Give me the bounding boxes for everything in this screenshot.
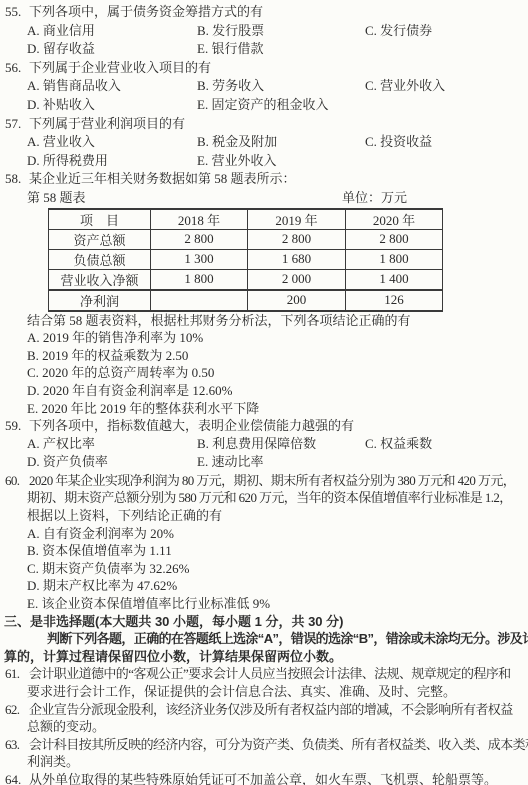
options-row: D. 补贴收入E. 固定资产的租金收入 <box>0 96 528 115</box>
question-line: 55.下列各项中，属于债务资金筹措方式的有 <box>0 3 528 22</box>
question-number: 60. <box>5 472 29 490</box>
continuation-line: 总额的变动。 <box>0 718 528 736</box>
table-cell: 2 800 <box>248 229 346 249</box>
question-number: 58. <box>5 170 29 189</box>
table-caption: 第 58 题表 <box>27 189 86 208</box>
question-number: 57. <box>5 115 29 134</box>
table-cell <box>151 290 248 311</box>
table-cell: 1 800 <box>151 269 248 290</box>
table-cell: 126 <box>346 290 443 311</box>
continuation-line: A. 2019 年的销售净利率为 10% <box>0 329 528 347</box>
question-text: 会计职业道德中的“客观公正”要求会计人员应当按照会计法律、法规、规章规定的程序和 <box>29 666 511 681</box>
option-label: E. 银行借款 <box>197 40 263 59</box>
continuation-line: 期初、期末资产总额分别为 580 万元和 620 万元，当年的资本保值增值率行业… <box>0 489 528 507</box>
question-number: 64. <box>5 771 29 785</box>
table-cell: 1 680 <box>248 249 346 269</box>
option-label: B. 利息费用保障倍数 <box>197 435 316 453</box>
unit-label: 单位：万元 <box>342 189 407 208</box>
options-row: D. 资产负债率E. 速动比率 <box>0 453 528 472</box>
table-cell: 1 300 <box>151 249 248 269</box>
options-row: A. 销售商品收入B. 劳务收入C. 营业外收入 <box>0 77 528 96</box>
option-label: D. 资产负债率 <box>27 453 108 471</box>
continuation-line: D. 期末产权比率为 47.62% <box>0 577 528 595</box>
table-cell: 200 <box>248 290 346 311</box>
table-cell: 净利润 <box>49 290 151 311</box>
options-row: A. 商业信用B. 发行股票C. 发行债券 <box>0 22 528 41</box>
question-line: 62.企业宣告分派现金股利，该经济业务仅涉及所有者权益内部的增减，不会影响所有者… <box>0 701 528 719</box>
question-text: 下列各项中，指标数值越大，表明企业偿债能力越强的有 <box>29 418 354 433</box>
table-header-cell: 2018 年 <box>151 209 248 230</box>
question-line: 56.下列属于企业营业收入项目的有 <box>0 59 528 78</box>
table-cell: 1 800 <box>346 249 443 269</box>
question-line: 61.会计职业道德中的“客观公正”要求会计人员应当按照会计法律、法规、规章规定的… <box>0 665 528 683</box>
table-cell: 2 800 <box>151 229 248 249</box>
question-line: 60.2020 年某企业实现净利润为 80 万元，期初、期末所有者权益分别为 3… <box>0 472 528 490</box>
continuation-line: 根据以上资料，下列结论正确的有 <box>0 507 528 525</box>
continuation-line: 要求进行会计工作，保证提供的会计信息合法、真实、准确、及时、完整。 <box>0 683 528 701</box>
options-row: A. 产权比率B. 利息费用保障倍数C. 权益乘数 <box>0 435 528 454</box>
table-cell: 1 400 <box>346 269 443 290</box>
option-label: A. 销售商品收入 <box>27 77 121 96</box>
table-header-cell: 2020 年 <box>346 209 443 230</box>
question-text: 会计科目按其所反映的经济内容，可分为资产类、负债类、所有者权益类、收入类、成本类… <box>29 737 528 752</box>
options-row: D. 所得税费用E. 营业外收入 <box>0 152 528 171</box>
table-caption-row: 第 58 题表单位：万元 <box>0 189 528 208</box>
question-number: 59. <box>5 417 29 435</box>
question-line: 58.某企业近三年相关财务数据如第 58 题表所示： <box>0 170 528 189</box>
continuation-line: B. 资本保值增值率为 1.11 <box>0 542 528 560</box>
question-line: 59.下列各项中，指标数值越大，表明企业偿债能力越强的有 <box>0 417 528 435</box>
option-label: D. 留存收益 <box>27 40 95 59</box>
options-row: A. 营业收入B. 税金及附加C. 投资收益 <box>0 133 528 152</box>
question-number: 55. <box>5 3 29 22</box>
continuation-line: 利润类。 <box>0 753 528 771</box>
option-label: E. 速动比率 <box>197 453 263 471</box>
option-label: C. 发行债券 <box>365 22 432 41</box>
question-text: 下列属于营业利润项目的有 <box>29 116 185 131</box>
question-line: 63.会计科目按其所反映的经济内容，可分为资产类、负债类、所有者权益类、收入类、… <box>0 736 528 754</box>
table-cell: 营业收入净额 <box>49 269 151 290</box>
continuation-line: A. 自有资金利润率为 20% <box>0 525 528 543</box>
continuation-line: 结合第 58 题表资料，根据杜邦财务分析法，下列各项结论正确的有 <box>0 312 528 330</box>
option-label: D. 所得税费用 <box>27 152 108 171</box>
question-text: 企业宣告分派现金股利，该经济业务仅涉及所有者权益内部的增减，不会影响所有者权益 <box>29 702 513 717</box>
option-label: D. 补贴收入 <box>27 96 95 115</box>
table-header-cell: 项 目 <box>49 209 151 230</box>
option-label: E. 固定资产的租金收入 <box>197 96 328 115</box>
option-label: E. 营业外收入 <box>197 152 276 171</box>
table-cell: 2 000 <box>248 269 346 290</box>
question-text: 2020 年某企业实现净利润为 80 万元，期初、期末所有者权益分别为 380 … <box>29 473 515 488</box>
instruction-line: 判断下列各题，正确的在答题纸上选涂“A”，错误的选涂“B”，错涂或未涂均无分。涉… <box>0 630 528 648</box>
option-label: B. 税金及附加 <box>197 133 277 152</box>
question-text: 某企业近三年相关财务数据如第 58 题表所示： <box>29 171 296 186</box>
continuation-line: C. 2020 年的总资产周转率为 0.50 <box>0 364 528 382</box>
option-label: B. 发行股票 <box>197 22 264 41</box>
question-line: 64.从外单位取得的某些特殊原始凭证可不加盖公章，如火车票、飞机票、轮船票等。 <box>0 771 528 785</box>
option-label: C. 投资收益 <box>365 133 432 152</box>
continuation-line: C. 期末资产负债率为 32.26% <box>0 560 528 578</box>
option-label: A. 营业收入 <box>27 133 95 152</box>
question-text: 下列各项中，属于债务资金筹措方式的有 <box>29 4 263 19</box>
exam-page: 55.下列各项中，属于债务资金筹措方式的有A. 商业信用B. 发行股票C. 发行… <box>0 0 528 785</box>
question-text: 从外单位取得的某些特殊原始凭证可不加盖公章，如火车票、飞机票、轮船票等。 <box>29 772 497 785</box>
table-cell: 负债总额 <box>49 249 151 269</box>
option-label: C. 营业外收入 <box>365 77 445 96</box>
continuation-line: B. 2019 年的权益乘数为 2.50 <box>0 347 528 365</box>
option-label: B. 劳务收入 <box>197 77 264 96</box>
option-label: A. 产权比率 <box>27 435 95 453</box>
question-number: 62. <box>5 701 29 719</box>
option-label: C. 权益乘数 <box>365 435 432 453</box>
section-heading: 三、是非选择题(本大题共 30 小题，每小题 1 分，共 30 分) <box>0 613 528 631</box>
table-header-cell: 2019 年 <box>248 209 346 230</box>
continuation-line: D. 2020 年自有资金利润率是 12.60% <box>0 382 528 400</box>
question-number: 61. <box>5 665 29 683</box>
financial-table: 项 目2018 年2019 年2020 年资产总额2 8002 8002 800… <box>48 208 443 312</box>
instruction-line: 算的，计算过程请保留四位小数，计算结果保留两位小数。 <box>0 648 528 666</box>
question-number: 63. <box>5 736 29 754</box>
continuation-line: E. 2020 年比 2019 年的整体获利水平下降 <box>0 400 528 418</box>
question-text: 下列属于企业营业收入项目的有 <box>29 60 211 75</box>
question-number: 56. <box>5 59 29 78</box>
table-cell: 资产总额 <box>49 229 151 249</box>
options-row: D. 留存收益E. 银行借款 <box>0 40 528 59</box>
continuation-line: E. 该企业资本保值增值率比行业标准低 9% <box>0 595 528 613</box>
question-line: 57.下列属于营业利润项目的有 <box>0 115 528 134</box>
table-cell: 2 800 <box>346 229 443 249</box>
option-label: A. 商业信用 <box>27 22 95 41</box>
